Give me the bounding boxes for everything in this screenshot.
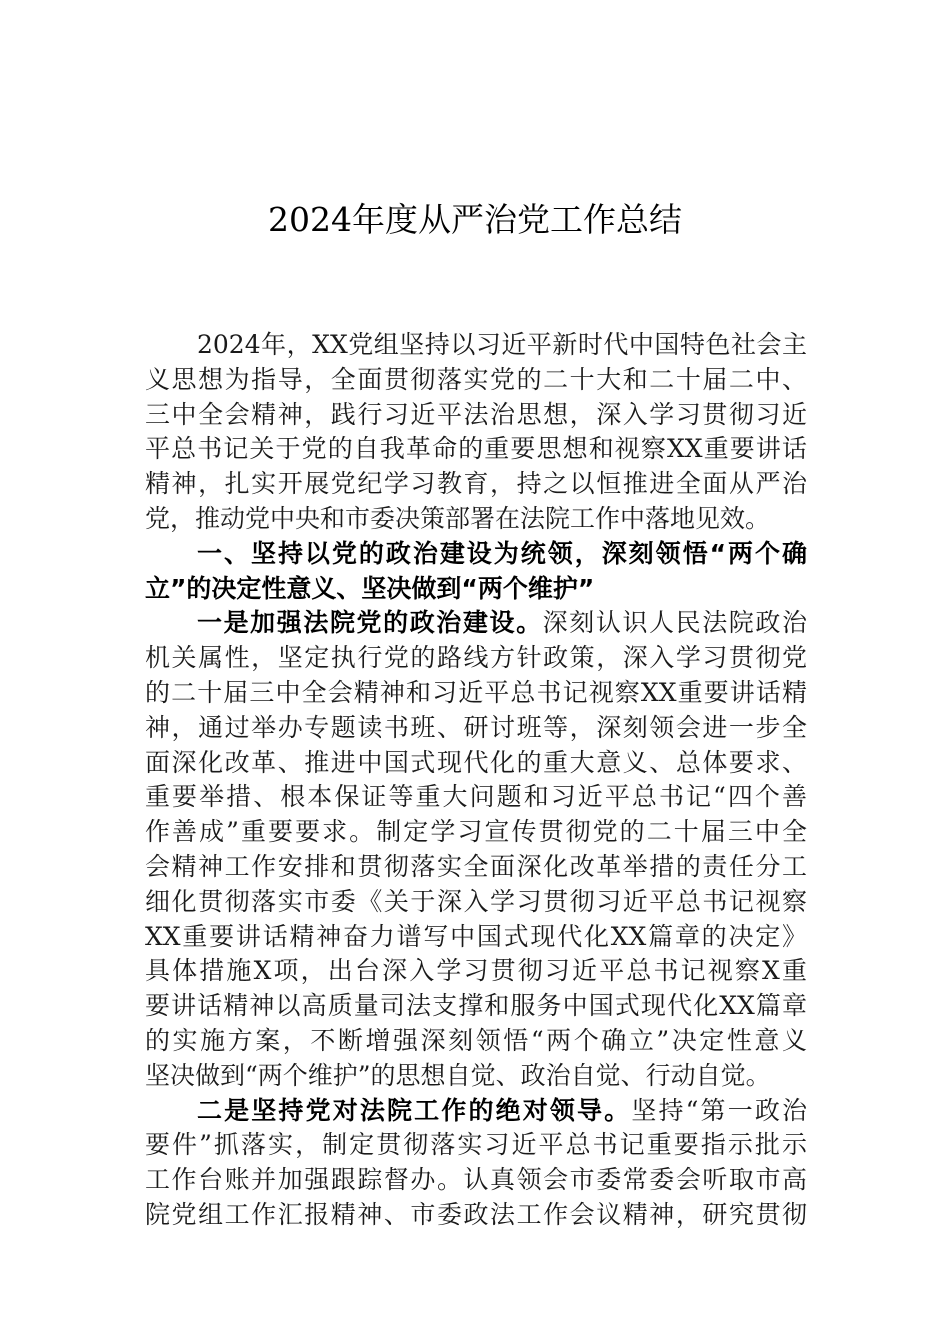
point-text: 坚持“第一政治 [631,1096,807,1125]
text-line: 细化贯彻落实市委《关于深入学习贯彻习近平总书记视察 [145,885,807,920]
text-line: 面深化改革、推进中国式现代化的重大意义、总体要求、 [145,746,807,781]
text-line: 要件”抓落实，制定贯彻落实习近平总书记重要指示批示 [145,1128,807,1163]
text-line: 精神，扎实开展党纪学习教育，持之以恒推进全面从严治 [145,467,807,502]
text-line: 机关属性，坚定执行党的路线方针政策，深入学习贯彻党 [145,641,807,676]
text-line: XX重要讲话精神奋力谱写中国式现代化XX篇章的决定》 [145,920,807,955]
document-body: 2024年，XX党组坚持以习近平新时代中国特色社会主 义思想为指导，全面贯彻落实… [145,328,807,1233]
section-heading-1: 一、坚持以党的政治建设为统领，深刻领悟“两个确 立”的决定性意义、坚决做到“两个… [145,537,807,607]
point-lead: 一是加强法院党的政治建设。 [197,608,543,637]
text-line: 二是坚持党对法院工作的绝对领导。坚持“第一政治 [145,1094,807,1129]
text-line: 神，通过举办专题读书班、研讨班等，深刻领会进一步全 [145,711,807,746]
text-line: 具体措施X项，出台深入学习贯彻习近平总书记视察X重 [145,954,807,989]
text-line: 作善成”重要要求。制定学习宣传贯彻党的二十届三中全 [145,815,807,850]
text-line: 党，推动党中央和市委决策部署在法院工作中落地见效。 [145,502,807,537]
text-line: 会精神工作安排和贯彻落实全面深化改革举措的责任分工 [145,850,807,885]
text-line: 的实施方案，不断增强深刻领悟“两个确立”决定性意义 [145,1024,807,1059]
text-line: 工作台账并加强跟踪督办。认真领会市委常委会听取市高 [145,1163,807,1198]
point-text: 深刻认识人民法院政治 [543,608,807,637]
document-title: 2024年度从严治党工作总结 [0,196,950,244]
heading-line: 立”的决定性意义、坚决做到“两个维护” [145,572,807,607]
text-line: 一是加强法院党的政治建设。深刻认识人民法院政治 [145,606,807,641]
paragraph-point-1: 一是加强法院党的政治建设。深刻认识人民法院政治 机关属性，坚定执行党的路线方针政… [145,606,807,1093]
text-line: 2024年，XX党组坚持以习近平新时代中国特色社会主 [145,328,807,363]
text-line: 坚决做到“两个维护”的思想自觉、政治自觉、行动自觉。 [145,1059,807,1094]
paragraph-intro: 2024年，XX党组坚持以习近平新时代中国特色社会主 义思想为指导，全面贯彻落实… [145,328,807,537]
text-line: 的二十届三中全会精神和习近平总书记视察XX重要讲话精 [145,676,807,711]
text-line: 义思想为指导，全面贯彻落实党的二十大和二十届二中、 [145,363,807,398]
text-line: 三中全会精神，践行习近平法治思想，深入学习贯彻习近 [145,398,807,433]
paragraph-point-2: 二是坚持党对法院工作的绝对领导。坚持“第一政治 要件”抓落实，制定贯彻落实习近平… [145,1094,807,1233]
document-page: 2024年度从严治党工作总结 2024年，XX党组坚持以习近平新时代中国特色社会… [0,0,950,1344]
heading-line: 一、坚持以党的政治建设为统领，深刻领悟“两个确 [145,537,807,572]
text-line: 平总书记关于党的自我革命的重要思想和视察XX重要讲话 [145,432,807,467]
text-line: 要讲话精神以高质量司法支撑和服务中国式现代化XX篇章 [145,989,807,1024]
text-line: 院党组工作汇报精神、市委政法工作会议精神，研究贯彻 [145,1198,807,1233]
point-lead: 二是坚持党对法院工作的绝对领导。 [197,1096,631,1125]
text-line: 重要举措、根本保证等重大问题和习近平总书记“四个善 [145,780,807,815]
